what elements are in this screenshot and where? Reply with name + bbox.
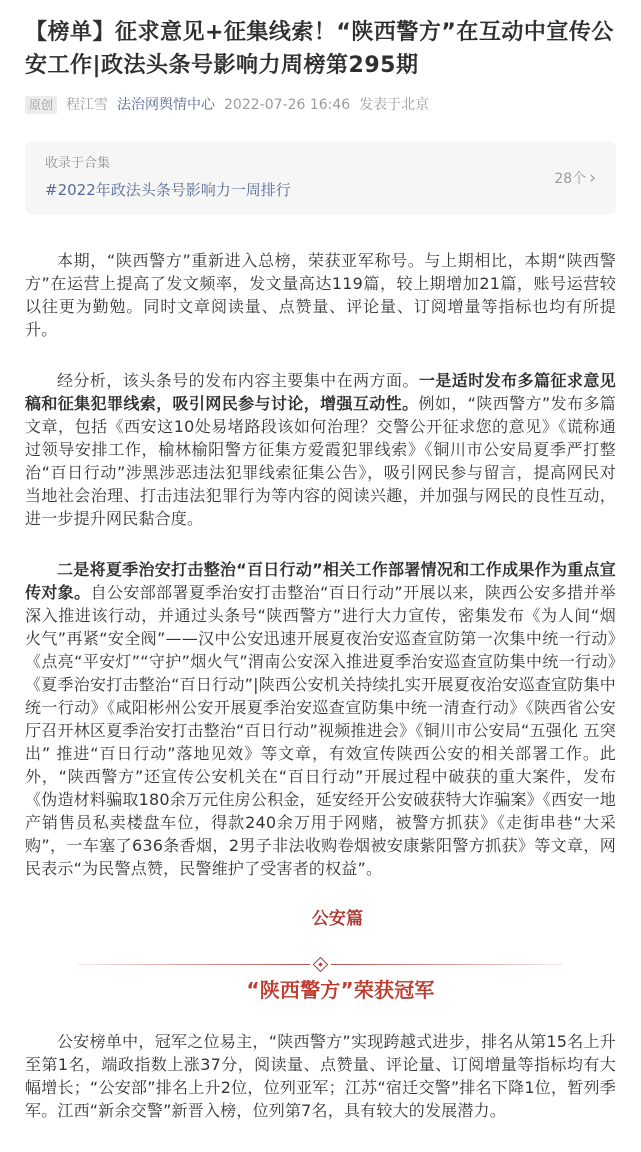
section-heading: 公安篇 — [25, 908, 616, 931]
paragraph-1: 本期，“陕西警方”重新进入总榜，荣获亚军称号。与上期相比，本期“陕西警方”在运营… — [25, 249, 616, 341]
diamond-inner-dot — [318, 962, 322, 966]
original-badge: 原创 — [25, 96, 57, 114]
account-link[interactable]: 法治网舆情中心 — [117, 95, 215, 115]
section-divider — [78, 959, 563, 970]
divider-line-left — [78, 964, 310, 965]
page-title: 【榜单】征求意见+征集线索！“陕西警方”在互动中宣传公安工作|政法头条号影响力周… — [25, 16, 616, 82]
paragraph-2: 经分析，该头条号的发布内容主要集中在两方面。一是适时发布多篇征求意见稿和征集犯罪… — [25, 369, 616, 530]
publish-time: 2022-07-26 16:46 — [224, 95, 350, 115]
album-count-group[interactable]: 28个 › — [554, 168, 596, 188]
album-label: 收录于合集 — [45, 155, 291, 173]
album-title-link[interactable]: #2022年政法头条号影响力一周排行 — [45, 180, 291, 201]
album-count: 28个 — [554, 168, 586, 188]
album-card[interactable]: 收录于合集 #2022年政法头条号影响力一周排行 28个 › — [25, 141, 616, 215]
byline: 原创 程江雪 法治网舆情中心 2022-07-26 16:46 发表于北京 — [25, 95, 616, 115]
chevron-right-icon: › — [589, 171, 596, 185]
paragraph-3-rest: 自公安部部署夏季治安打击整治“百日行动”开展以来，陕西公安多措并举深入推进该行动… — [25, 583, 616, 878]
publish-location: 发表于北京 — [359, 95, 429, 115]
article-page: 【榜单】征求意见+征集线索！“陕西警方”在互动中宣传公安工作|政法头条号影响力周… — [0, 0, 641, 1152]
paragraph-2-rest: 例如，“陕西警方”发布多篇文章，包括《西安这10处易堵路段该如何治理？交警公开征… — [25, 394, 616, 528]
paragraph-4: 公安榜单中，冠军之位易主，“陕西警方”实现跨越式进步，排名从第15名上升至第1名… — [25, 1030, 616, 1122]
divider-line-right — [331, 964, 563, 965]
paragraph-2-lead: 经分析，该头条号的发布内容主要集中在两方面。 — [57, 371, 419, 390]
album-info: 收录于合集 #2022年政法头条号影响力一周排行 — [45, 155, 291, 201]
paragraph-3: 二是将夏季治安打击整治“百日行动”相关工作部署情况和工作成果作为重点宣传对象。自… — [25, 558, 616, 880]
article-body: 本期，“陕西警方”重新进入总榜，荣获亚军称号。与上期相比，本期“陕西警方”在运营… — [25, 249, 616, 1122]
author-name: 程江雪 — [66, 95, 108, 115]
section-subheading: “陕西警方”荣获冠军 — [25, 979, 616, 1002]
diamond-icon — [313, 957, 329, 973]
